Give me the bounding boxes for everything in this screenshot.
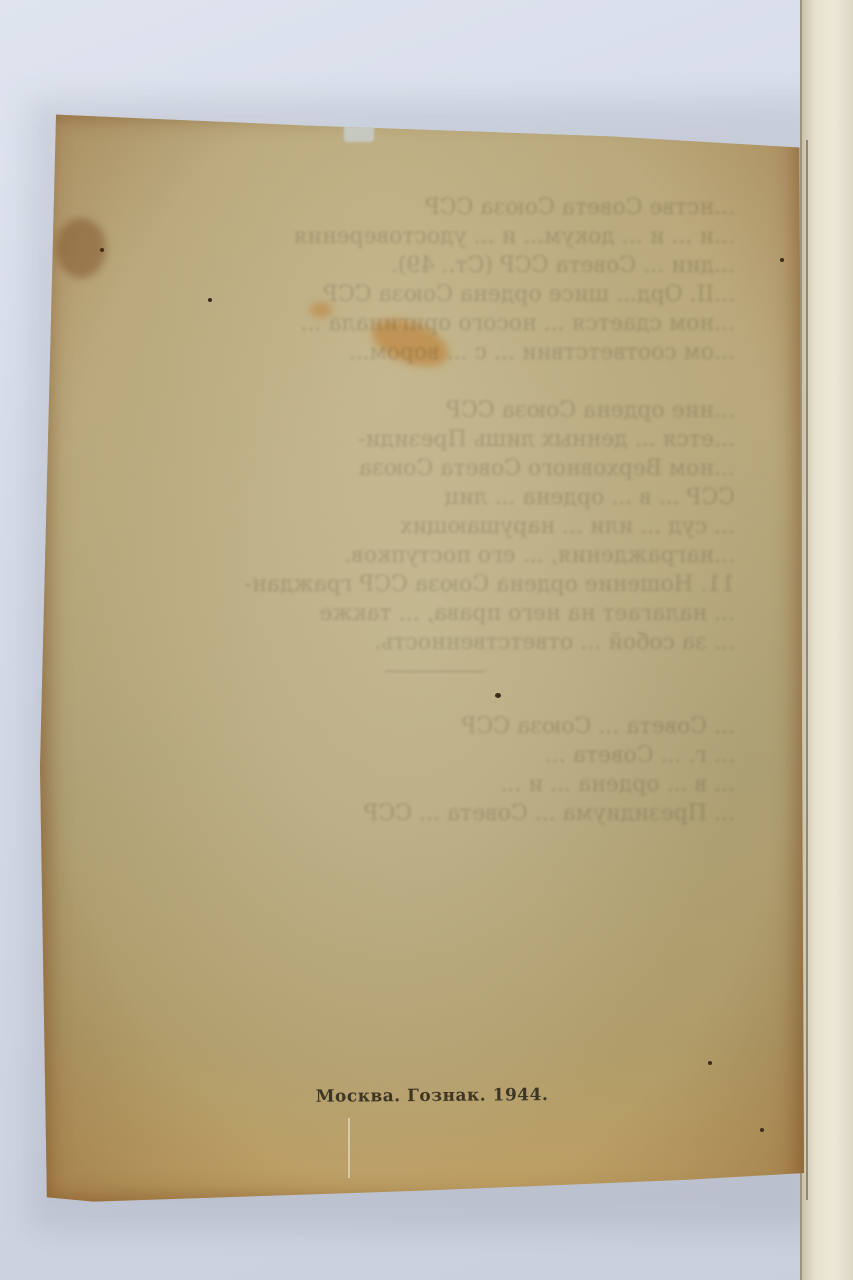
paper-speck <box>100 248 104 252</box>
paper-speck <box>760 1128 764 1132</box>
document-page: ...нстве Совета Союза ССР ...и ... и ...… <box>40 108 804 1206</box>
publisher-imprint: Москва. Гознак. 1944. <box>40 1083 804 1108</box>
bleed-through-line: ... суд ... или ... нарушающих <box>135 512 735 541</box>
bleed-through-text: ...нстве Совета Союза ССР ...и ... и ...… <box>135 193 735 828</box>
bleed-through-divider <box>385 671 485 672</box>
bleed-through-line: 11. Ношение ордена Союза ССР граждан- <box>135 570 735 599</box>
bleed-through-line: ...дии ... Совета ССР (Ст.. 49). <box>135 251 735 280</box>
bleed-through-line: ... Президиума ... Совета ... ССР <box>135 799 735 828</box>
bleed-through-line: ... за собой ... ответственность. <box>135 628 735 657</box>
bleed-through-line: ...и ... и ... докум... и ... удостовере… <box>135 222 735 251</box>
bleed-through-line: ...ние ордена Союза ССР <box>135 396 735 425</box>
book-page-stack-edge <box>800 0 853 1280</box>
bleed-through-line: ...ом соответствии ... с ... вором... <box>135 338 735 367</box>
bleed-through-line: ...ется ... денных лишь Президи- <box>135 425 735 454</box>
page-stack-line <box>806 140 808 1200</box>
bleed-through-line: ...II. Орд... шисе ордена Союза ССР <box>135 280 735 309</box>
bleed-through-gap <box>135 367 735 396</box>
bleed-through-line: ...нстве Совета Союза ССР <box>135 193 735 222</box>
bleed-through-line: ...ном сдается ... носого оригинала ... <box>135 309 735 338</box>
bleed-through-line: ...награждения, ... его поступков. <box>135 541 735 570</box>
bleed-through-line: ... налагает на него права, ... также <box>135 599 735 628</box>
edge-stain <box>56 218 106 278</box>
bleed-through-line: ССР ... в ... ордена ... лиц <box>135 483 735 512</box>
bleed-through-line: ... Совета ... Союза ССР <box>135 712 735 741</box>
paper-speck <box>780 258 784 262</box>
bleed-through-line: ...ном Верховного Совета Союза <box>135 454 735 483</box>
bleed-through-line: ... в ... ордена ... и ... <box>135 770 735 799</box>
paper-speck <box>708 1061 712 1065</box>
paper-crease <box>348 1118 350 1178</box>
bleed-through-line: ... г. ... Совета ... <box>135 741 735 770</box>
